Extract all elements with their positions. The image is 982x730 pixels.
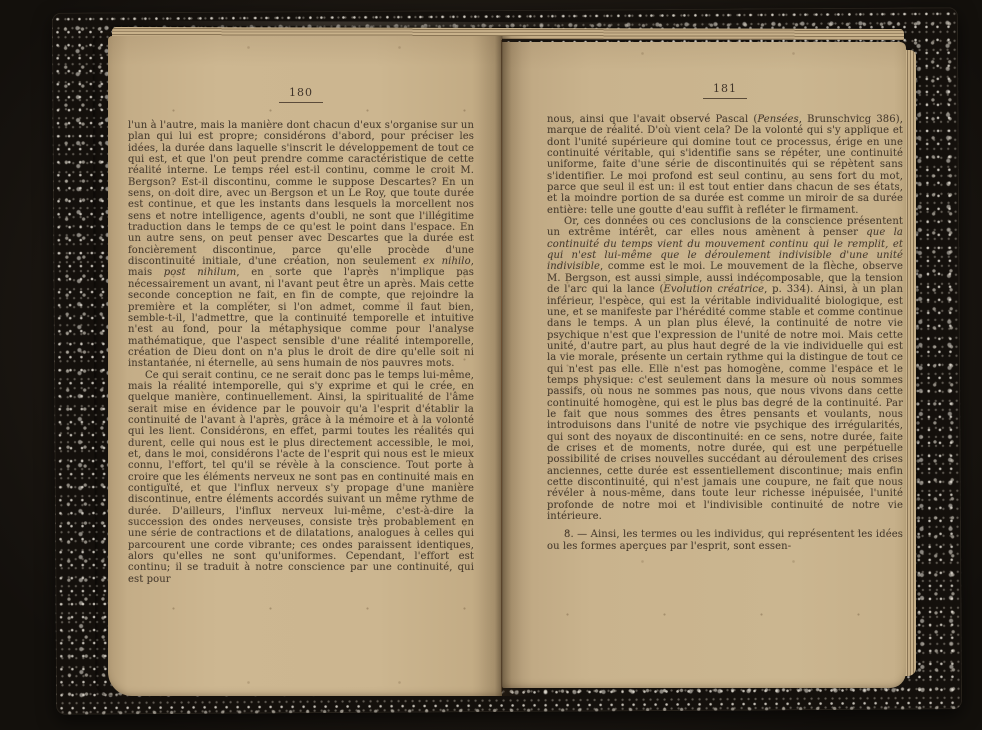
left-page-text: l'un à l'autre, mais la manière dont cha…: [128, 120, 474, 585]
text-run: Or, ces données ou ces conclusions de la…: [547, 216, 903, 238]
left-page-header: 180: [128, 86, 474, 103]
text-run: , p. 334). Ainsi, à un plan inférieur, l…: [547, 284, 903, 522]
right-page-text: nous, ainsi que l'avait observé Pascal (…: [547, 114, 903, 552]
right-page-number: 181: [547, 82, 903, 95]
italic-text-run: Evolution créatrice: [663, 284, 764, 295]
text-run: , Brunschvicg 386), marque de réalité. D…: [547, 114, 903, 216]
text-run: , en sorte que l'après n'implique pas né…: [128, 267, 474, 369]
italic-text-run: Pensées: [757, 114, 798, 125]
italic-text-run: ex nihilo: [423, 256, 471, 267]
right-page-number-rule: [703, 98, 747, 99]
text-run: l'un à l'autre, mais la manière dont cha…: [128, 120, 474, 267]
book-photo-scene: 180 181 l'un à l'autre, mais la manière …: [0, 0, 982, 730]
text-run: 8. — Ainsi, les termes ou les individus,…: [547, 529, 903, 551]
left-page-number: 180: [128, 86, 474, 99]
right-page-header: 181: [547, 82, 903, 99]
paragraph: l'un à l'autre, mais la manière dont cha…: [128, 120, 474, 370]
text-run: nous, ainsi que l'avait observé Pascal (: [547, 114, 757, 125]
paragraph: Or, ces données ou ces conclusions de la…: [547, 216, 903, 522]
paragraph: 8. — Ainsi, les termes ou les individus,…: [547, 529, 903, 552]
text-run: Ce qui serait continu, ce ne serait donc…: [128, 370, 474, 585]
italic-text-run: post nihilum: [164, 267, 237, 278]
left-page-number-rule: [279, 102, 323, 103]
paragraph: Ce qui serait continu, ce ne serait donc…: [128, 370, 474, 586]
paragraph: nous, ainsi que l'avait observé Pascal (…: [547, 114, 903, 216]
